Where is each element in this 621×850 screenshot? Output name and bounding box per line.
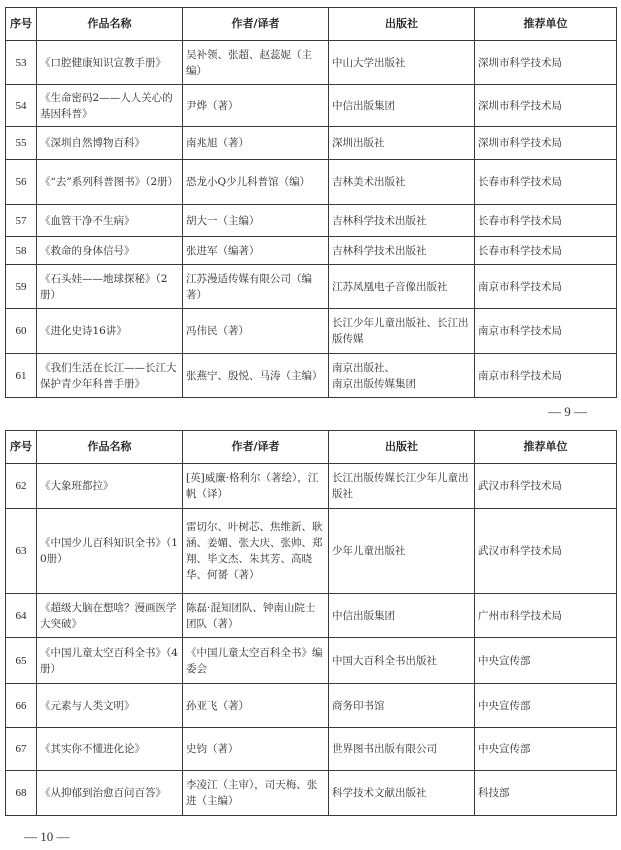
cell-title: 《中国少儿百科知识全书》（10册）	[37, 509, 183, 594]
cell-author: 陈磊·混知团队、钟南山院士团队（著）	[183, 594, 329, 638]
cell-unit: 中央宣传部	[475, 728, 617, 771]
table-row: 59《石头娃——地球探秘》（2册）江苏漫适传媒有限公司（编著）江苏凤凰电子音像出…	[6, 265, 617, 309]
cell-unit: 南京市科学技术局	[475, 354, 617, 398]
recommendation-table-page-10: 序号 作品名称 作者/译者 出版社 推荐单位 62《大象班都拉》[英]威廉·格利…	[5, 430, 617, 816]
cell-author: 孙亚飞（著）	[183, 684, 329, 728]
cell-title: 《大象班都拉》	[37, 464, 183, 509]
cell-seq: 59	[6, 265, 37, 309]
table-row: 60《进化史诗16讲》冯伟民（著）长江少年儿童出版社、长江出版传媒南京市科学技术…	[6, 309, 617, 354]
table-row: 62《大象班都拉》[英]威廉·格利尔（著绘），江帆（译）长江出版传媒长江少年儿童…	[6, 464, 617, 509]
cell-author: 《中国儿童太空百科全书》编委会	[183, 638, 329, 684]
cell-author: 张进军（编著）	[183, 237, 329, 265]
cell-publisher: 少年儿童出版社	[329, 509, 475, 594]
cell-unit: 南京市科学技术局	[475, 265, 617, 309]
page-number: — 9 —	[548, 404, 587, 420]
table-row: 64《超级大脑在想啥？漫画医学大突破》陈磊·混知团队、钟南山院士团队（著）中信出…	[6, 594, 617, 638]
cell-unit: 南京市科学技术局	[475, 309, 617, 354]
header-publisher: 出版社	[329, 8, 475, 41]
cell-title: 《其实你不懂进化论》	[37, 728, 183, 771]
table-body: 53《口腔健康知识宣教手册》吴补领、张超、赵蕊妮（主编）中山大学出版社深圳市科学…	[6, 41, 617, 398]
cell-unit: 长春市科学技术局	[475, 205, 617, 237]
cell-author: 恐龙小Q少儿科普馆（编）	[183, 160, 329, 205]
cell-unit: 长春市科学技术局	[475, 160, 617, 205]
cell-title: 《从抑郁到治愈百问百答》	[37, 771, 183, 816]
table-row: 56《“去”系列科普图书》（2册）恐龙小Q少儿科普馆（编）吉林美术出版社长春市科…	[6, 160, 617, 205]
cell-publisher: 世界图书出版有限公司	[329, 728, 475, 771]
cell-publisher: 吉林科学技术出版社	[329, 205, 475, 237]
cell-publisher: 深圳出版社	[329, 127, 475, 160]
cell-publisher: 科学技术文献出版社	[329, 771, 475, 816]
table-row: 53《口腔健康知识宣教手册》吴补领、张超、赵蕊妮（主编）中山大学出版社深圳市科学…	[6, 41, 617, 85]
table-row: 66《元素与人类文明》孙亚飞（著）商务印书馆中央宣传部	[6, 684, 617, 728]
table-row: 57《血管干净不生病》胡大一（主编）吉林科学技术出版社长春市科学技术局	[6, 205, 617, 237]
cell-seq: 54	[6, 85, 37, 127]
cell-unit: 深圳市科学技术局	[475, 85, 617, 127]
cell-unit: 深圳市科学技术局	[475, 41, 617, 85]
recommendation-table-page-9: 序号 作品名称 作者/译者 出版社 推荐单位 53《口腔健康知识宣教手册》吴补领…	[5, 7, 617, 398]
cell-publisher: 中山大学出版社	[329, 41, 475, 85]
cell-title: 《口腔健康知识宣教手册》	[37, 41, 183, 85]
cell-author: 尹烨（著）	[183, 85, 329, 127]
cell-unit: 深圳市科学技术局	[475, 127, 617, 160]
cell-seq: 60	[6, 309, 37, 354]
cell-title: 《中国儿童太空百科全书》（4册）	[37, 638, 183, 684]
cell-author: 江苏漫适传媒有限公司（编著）	[183, 265, 329, 309]
cell-seq: 61	[6, 354, 37, 398]
cell-seq: 63	[6, 509, 37, 594]
header-seq: 序号	[6, 431, 37, 464]
header-title: 作品名称	[37, 431, 183, 464]
cell-publisher: 吉林美术出版社	[329, 160, 475, 205]
cell-title: 《我们生活在长江——长江大保护青少年科普手册》	[37, 354, 183, 398]
cell-unit: 广州市科学技术局	[475, 594, 617, 638]
cell-title: 《元素与人类文明》	[37, 684, 183, 728]
cell-title: 《“去”系列科普图书》（2册）	[37, 160, 183, 205]
header-author: 作者/译者	[183, 8, 329, 41]
cell-unit: 武汉市科学技术局	[475, 509, 617, 594]
cell-title: 《深圳自然博物百科》	[37, 127, 183, 160]
cell-title: 《救命的身体信号》	[37, 237, 183, 265]
cell-seq: 64	[6, 594, 37, 638]
cell-seq: 68	[6, 771, 37, 816]
cell-author: 张燕宁、殷悦、马涛（主编）	[183, 354, 329, 398]
cell-seq: 58	[6, 237, 37, 265]
cell-publisher: 长江少年儿童出版社、长江出版传媒	[329, 309, 475, 354]
cell-seq: 66	[6, 684, 37, 728]
cell-publisher: 吉林科学技术出版社	[329, 237, 475, 265]
cell-author: 史钧（著）	[183, 728, 329, 771]
cell-seq: 56	[6, 160, 37, 205]
cell-unit: 长春市科学技术局	[475, 237, 617, 265]
table-row: 63《中国少儿百科知识全书》（10册）雷切尔、叶树芯、焦维新、耿涵、姜媚、张大庆…	[6, 509, 617, 594]
cell-publisher: 江苏凤凰电子音像出版社	[329, 265, 475, 309]
header-unit: 推荐单位	[475, 8, 617, 41]
cell-publisher: 中信出版集团	[329, 85, 475, 127]
table-header-row: 序号 作品名称 作者/译者 出版社 推荐单位	[6, 8, 617, 41]
cell-title: 《血管干净不生病》	[37, 205, 183, 237]
cell-seq: 53	[6, 41, 37, 85]
cell-seq: 62	[6, 464, 37, 509]
cell-unit: 武汉市科学技术局	[475, 464, 617, 509]
table-row: 68《从抑郁到治愈百问百答》李凌江（主审），司天梅、张进（主编）科学技术文献出版…	[6, 771, 617, 816]
table-row: 54《生命密码2——人人关心的基因科普》尹烨（著）中信出版集团深圳市科学技术局	[6, 85, 617, 127]
cell-author: 李凌江（主审），司天梅、张进（主编）	[183, 771, 329, 816]
table-row: 61《我们生活在长江——长江大保护青少年科普手册》张燕宁、殷悦、马涛（主编）南京…	[6, 354, 617, 398]
header-author: 作者/译者	[183, 431, 329, 464]
cell-seq: 67	[6, 728, 37, 771]
cell-title: 《石头娃——地球探秘》（2册）	[37, 265, 183, 309]
cell-publisher: 长江出版传媒长江少年儿童出版社	[329, 464, 475, 509]
cell-author: 胡大一（主编）	[183, 205, 329, 237]
cell-seq: 57	[6, 205, 37, 237]
cell-seq: 65	[6, 638, 37, 684]
cell-author: 冯伟民（著）	[183, 309, 329, 354]
table-row: 65《中国儿童太空百科全书》（4册）《中国儿童太空百科全书》编委会中国大百科全书…	[6, 638, 617, 684]
header-publisher: 出版社	[329, 431, 475, 464]
cell-publisher: 南京出版社、南京出版传媒集团	[329, 354, 475, 398]
table-body: 62《大象班都拉》[英]威廉·格利尔（著绘），江帆（译）长江出版传媒长江少年儿童…	[6, 464, 617, 816]
cell-author: 吴补领、张超、赵蕊妮（主编）	[183, 41, 329, 85]
cell-publisher: 中信出版集团	[329, 594, 475, 638]
cell-author: 南兆旭（著）	[183, 127, 329, 160]
header-title: 作品名称	[37, 8, 183, 41]
cell-unit: 中央宣传部	[475, 638, 617, 684]
header-seq: 序号	[6, 8, 37, 41]
table-row: 55《深圳自然博物百科》南兆旭（著）深圳出版社深圳市科学技术局	[6, 127, 617, 160]
cell-publisher: 中国大百科全书出版社	[329, 638, 475, 684]
cell-author: 雷切尔、叶树芯、焦维新、耿涵、姜媚、张大庆、张帅、郑翔、毕文杰、朱其芳、高晓华、…	[183, 509, 329, 594]
cell-unit: 中央宣传部	[475, 684, 617, 728]
table-row: 58《救命的身体信号》张进军（编著）吉林科学技术出版社长春市科学技术局	[6, 237, 617, 265]
table-header-row: 序号 作品名称 作者/译者 出版社 推荐单位	[6, 431, 617, 464]
cell-author: [英]威廉·格利尔（著绘），江帆（译）	[183, 464, 329, 509]
cell-seq: 55	[6, 127, 37, 160]
cell-publisher: 商务印书馆	[329, 684, 475, 728]
cell-unit: 科技部	[475, 771, 617, 816]
cell-title: 《超级大脑在想啥？漫画医学大突破》	[37, 594, 183, 638]
page-number: — 10 —	[24, 829, 70, 845]
cell-title: 《进化史诗16讲》	[37, 309, 183, 354]
cell-title: 《生命密码2——人人关心的基因科普》	[37, 85, 183, 127]
header-unit: 推荐单位	[475, 431, 617, 464]
table-row: 67《其实你不懂进化论》史钧（著）世界图书出版有限公司中央宣传部	[6, 728, 617, 771]
